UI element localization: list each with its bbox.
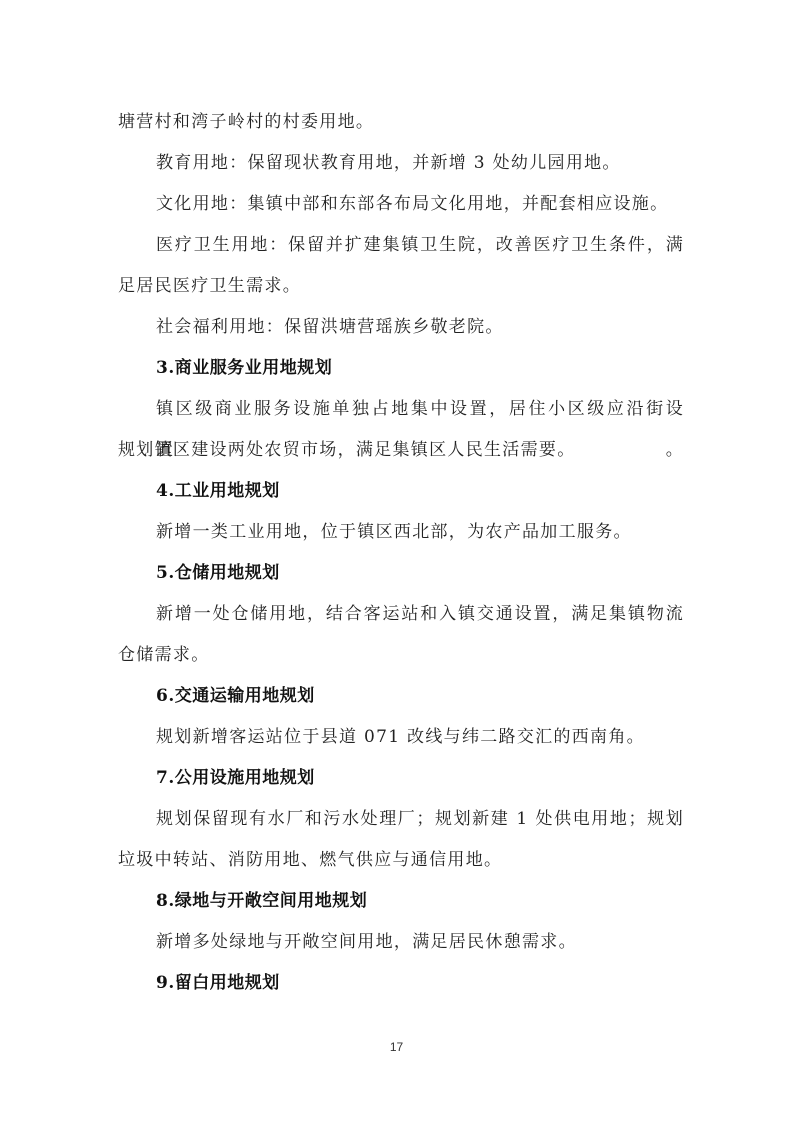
body-text-line: 新增一类工业用地，位于镇区西北部，为农产品加工服务。 — [118, 512, 684, 553]
section-heading: 6.交通运输用地规划 — [118, 676, 684, 717]
document-page-body: 塘营村和湾子岭村的村委用地。 教育用地：保留现状教育用地，并新增 3 处幼儿园用… — [118, 102, 684, 1004]
body-text-line: 塘营村和湾子岭村的村委用地。 — [118, 102, 684, 143]
body-text-line: 文化用地：集镇中部和东部各布局文化用地，并配套相应设施。 — [118, 184, 684, 225]
section-heading: 4.工业用地规划 — [118, 471, 684, 512]
body-text-line: 垃圾中转站、消防用地、燃气供应与通信用地。 — [118, 840, 684, 881]
body-text-line: 镇区级商业服务设施单独占地集中设置，居住小区级应沿街设置。 — [118, 389, 684, 430]
body-text-line: 新增多处绿地与开敞空间用地，满足居民休憩需求。 — [118, 922, 684, 963]
body-text-line: 教育用地：保留现状教育用地，并新增 3 处幼儿园用地。 — [118, 143, 684, 184]
body-text-line: 社会福利用地：保留洪塘营瑶族乡敬老院。 — [118, 307, 684, 348]
page-number: 17 — [0, 1040, 793, 1054]
section-heading: 8.绿地与开敞空间用地规划 — [118, 881, 684, 922]
section-heading: 9.留白用地规划 — [118, 963, 684, 1004]
body-text-line: 新增一处仓储用地，结合客运站和入镇交通设置，满足集镇物流 — [118, 594, 684, 635]
body-text-line: 规划保留现有水厂和污水处理厂；规划新建 1 处供电用地；规划 — [118, 799, 684, 840]
body-text-line: 医疗卫生用地：保留并扩建集镇卫生院，改善医疗卫生条件，满 — [118, 225, 684, 266]
section-heading: 3.商业服务业用地规划 — [118, 348, 684, 389]
body-text-line: 足居民医疗卫生需求。 — [118, 266, 684, 307]
section-heading: 7.公用设施用地规划 — [118, 758, 684, 799]
body-text-line: 规划新增客运站位于县道 071 改线与纬二路交汇的西南角。 — [118, 717, 684, 758]
section-heading: 5.仓储用地规划 — [118, 553, 684, 594]
body-text-line: 仓储需求。 — [118, 635, 684, 676]
